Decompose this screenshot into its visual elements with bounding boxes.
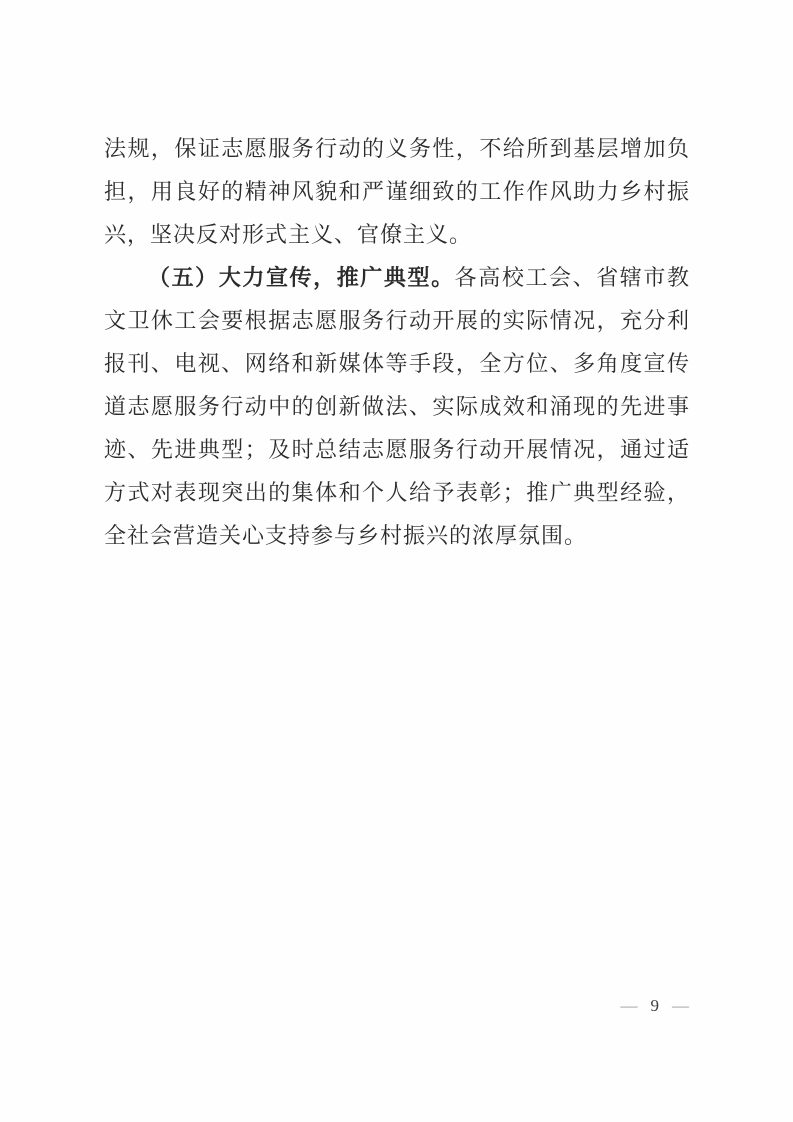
text-line: 迹、先进典型；及时总结志愿服务行动开展情况，通过适当 [104,428,690,471]
text-line: 法规，保证志愿服务行动的义务性，不给所到基层增加负 [104,127,690,170]
text-line: 方式对表现突出的集体和个人给予表彰；推广典型经验，在 [104,471,690,514]
text-line: 担，用良好的精神风貌和严谨细致的工作作风助力乡村振 [104,170,690,213]
text-line: 文卫休工会要根据志愿服务行动开展的实际情况，充分利用 [104,299,690,342]
text-line: （五）大力宣传，推广典型。各高校工会、省辖市教科 [104,256,690,299]
paragraph-item-five: （五）大力宣传，推广典型。各高校工会、省辖市教科 文卫休工会要根据志愿服务行动开… [104,256,690,557]
text-line: 全社会营造关心支持参与乡村振兴的浓厚氛围。 [104,514,690,557]
body-text: 法规，保证志愿服务行动的义务性，不给所到基层增加负 担，用良好的精神风貌和严谨细… [104,127,690,557]
page-number-dash-left: — [621,995,638,1017]
page-number: 9 [651,995,660,1017]
bold-heading: （五）大力宣传，推广典型。 [148,265,455,290]
text-line: 道志愿服务行动中的创新做法、实际成效和涌现的先进事 [104,385,690,428]
page-number-footer: — 9 — [621,995,690,1017]
text-line: 兴，坚决反对形式主义、官僚主义。 [104,213,690,256]
paragraph-continuation: 法规，保证志愿服务行动的义务性，不给所到基层增加负 担，用良好的精神风貌和严谨细… [104,127,690,256]
text-line: 报刊、电视、网络和新媒体等手段，全方位、多角度宣传报 [104,342,690,385]
page-number-dash-right: — [672,995,689,1017]
document-page: 法规，保证志愿服务行动的义务性，不给所到基层增加负 担，用良好的精神风貌和严谨细… [0,0,793,1122]
